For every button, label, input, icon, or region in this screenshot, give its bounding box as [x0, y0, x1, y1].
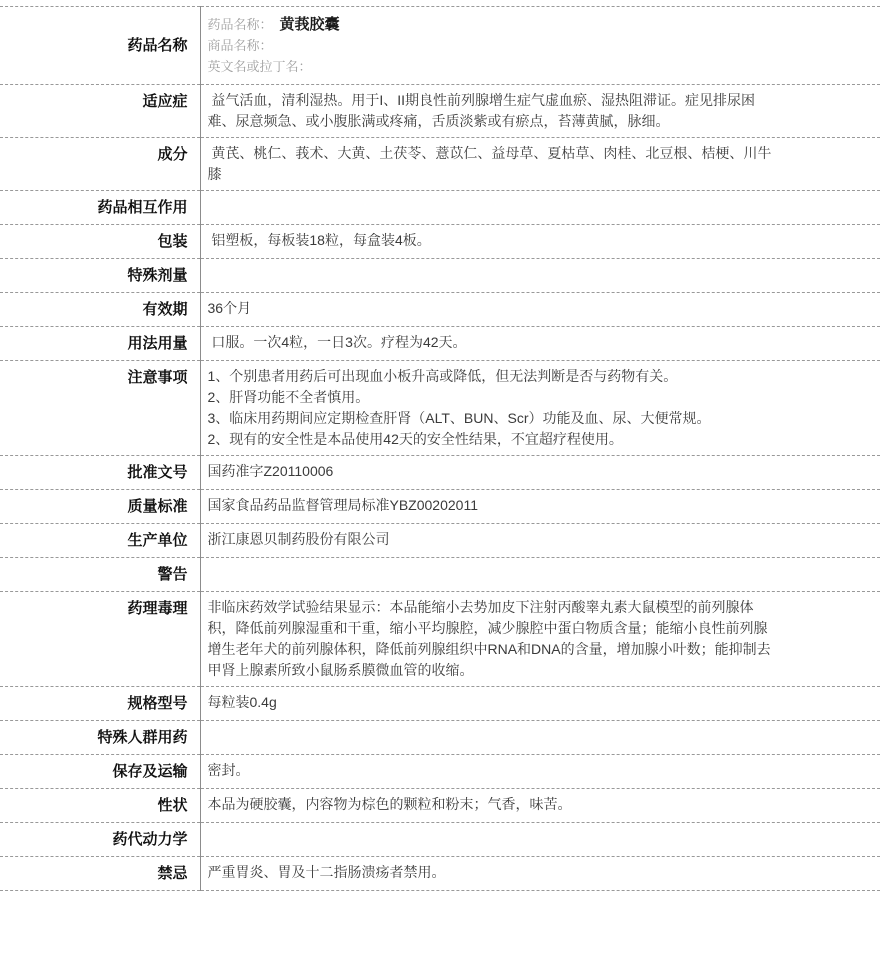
table-row: 成分 黄芪、桃仁、莪术、大黄、土茯苓、薏苡仁、益母草、夏枯草、肉桂、北豆根、桔梗…	[0, 138, 880, 191]
row-label: 注意事项	[0, 361, 200, 456]
row-label: 用法用量	[0, 327, 200, 361]
row-value: 非临床药效学试验结果显示：本品能缩小去势加皮下注射丙酸睾丸素大鼠模型的前列腺体积…	[200, 592, 880, 687]
row-value: 本品为硬胶囊，内容物为棕色的颗粒和粉末；气香，味苦。	[200, 789, 880, 823]
row-label: 特殊人群用药	[0, 721, 200, 755]
row-label: 成分	[0, 138, 200, 191]
row-label: 警告	[0, 558, 200, 592]
row-value: 1、个别患者用药后可出现血小板升高或降低，但无法判断是否与药物有关。 2、肝肾功…	[200, 361, 880, 456]
table-row: 禁忌 严重胃炎、胃及十二指肠溃疡者禁用。	[0, 857, 880, 891]
field-prefix: 药品名称：	[208, 17, 273, 32]
drug-name: 黄莪胶囊	[280, 16, 340, 33]
table-row: 药品相互作用	[0, 191, 880, 225]
table-row: 药代动力学	[0, 823, 880, 857]
row-label: 药品相互作用	[0, 191, 200, 225]
row-label: 适应症	[0, 85, 200, 138]
table-row: 药品名称 药品名称：黄莪胶囊商品名称：英文名或拉丁名：	[0, 7, 880, 85]
drug-table-body: 药品名称 药品名称：黄莪胶囊商品名称：英文名或拉丁名： 适应症 益气活血，清利湿…	[0, 7, 880, 891]
drug-info-page: 药品名称 药品名称：黄莪胶囊商品名称：英文名或拉丁名： 适应症 益气活血，清利湿…	[0, 0, 880, 891]
row-value: 口服。一次4粒，一日3次。疗程为42天。	[200, 327, 880, 361]
row-value: 黄芪、桃仁、莪术、大黄、土茯苓、薏苡仁、益母草、夏枯草、肉桂、北豆根、桔梗、川牛…	[200, 138, 880, 191]
field-prefix: 商品名称：	[208, 38, 273, 53]
row-label: 生产单位	[0, 524, 200, 558]
table-row: 保存及运输 密封。	[0, 755, 880, 789]
row-value: 国家食品药品监督管理局标准YBZ00202011	[200, 490, 880, 524]
table-row: 包装 铝塑板，每板装18粒，每盒装4板。	[0, 225, 880, 259]
table-row: 特殊剂量	[0, 259, 880, 293]
row-label: 药代动力学	[0, 823, 200, 857]
row-label: 特殊剂量	[0, 259, 200, 293]
row-value: 益气活血，清利湿热。用于I、II期良性前列腺增生症气虚血瘀、湿热阻滞证。症见排尿…	[200, 85, 880, 138]
row-label: 质量标准	[0, 490, 200, 524]
row-value: 浙江康恩贝制药股份有限公司	[200, 524, 880, 558]
table-row: 用法用量 口服。一次4粒，一日3次。疗程为42天。	[0, 327, 880, 361]
table-row: 适应症 益气活血，清利湿热。用于I、II期良性前列腺增生症气虚血瘀、湿热阻滞证。…	[0, 85, 880, 138]
row-value: 每粒装0.4g	[200, 687, 880, 721]
row-value	[200, 191, 880, 225]
row-value	[200, 558, 880, 592]
row-value: 密封。	[200, 755, 880, 789]
table-row: 性状 本品为硬胶囊，内容物为棕色的颗粒和粉末；气香，味苦。	[0, 789, 880, 823]
row-label: 有效期	[0, 293, 200, 327]
row-label: 禁忌	[0, 857, 200, 891]
table-row: 特殊人群用药	[0, 721, 880, 755]
row-label: 性状	[0, 789, 200, 823]
row-value: 严重胃炎、胃及十二指肠溃疡者禁用。	[200, 857, 880, 891]
table-row: 有效期 36个月	[0, 293, 880, 327]
row-value: 药品名称：黄莪胶囊商品名称：英文名或拉丁名：	[200, 7, 880, 85]
row-value	[200, 721, 880, 755]
row-label: 批准文号	[0, 456, 200, 490]
row-value: 36个月	[200, 293, 880, 327]
table-row: 警告	[0, 558, 880, 592]
table-row: 质量标准 国家食品药品监督管理局标准YBZ00202011	[0, 490, 880, 524]
table-row: 规格型号 每粒装0.4g	[0, 687, 880, 721]
row-label: 药理毒理	[0, 592, 200, 687]
table-row: 生产单位 浙江康恩贝制药股份有限公司	[0, 524, 880, 558]
drug-name-line: 药品名称：黄莪胶囊	[208, 14, 778, 35]
row-label: 包装	[0, 225, 200, 259]
drug-info-table: 药品名称 药品名称：黄莪胶囊商品名称：英文名或拉丁名： 适应症 益气活血，清利湿…	[0, 6, 880, 891]
row-value	[200, 259, 880, 293]
table-row: 注意事项 1、个别患者用药后可出现血小板升高或降低，但无法判断是否与药物有关。 …	[0, 361, 880, 456]
drug-name-line: 英文名或拉丁名：	[208, 56, 778, 77]
row-label: 药品名称	[0, 7, 200, 85]
row-value	[200, 823, 880, 857]
row-label: 保存及运输	[0, 755, 200, 789]
row-value: 国药准字Z20110006	[200, 456, 880, 490]
table-row: 批准文号 国药准字Z20110006	[0, 456, 880, 490]
row-value: 铝塑板，每板装18粒，每盒装4板。	[200, 225, 880, 259]
table-row: 药理毒理 非临床药效学试验结果显示：本品能缩小去势加皮下注射丙酸睾丸素大鼠模型的…	[0, 592, 880, 687]
row-label: 规格型号	[0, 687, 200, 721]
field-prefix: 英文名或拉丁名：	[208, 59, 312, 74]
drug-name-line: 商品名称：	[208, 35, 778, 56]
